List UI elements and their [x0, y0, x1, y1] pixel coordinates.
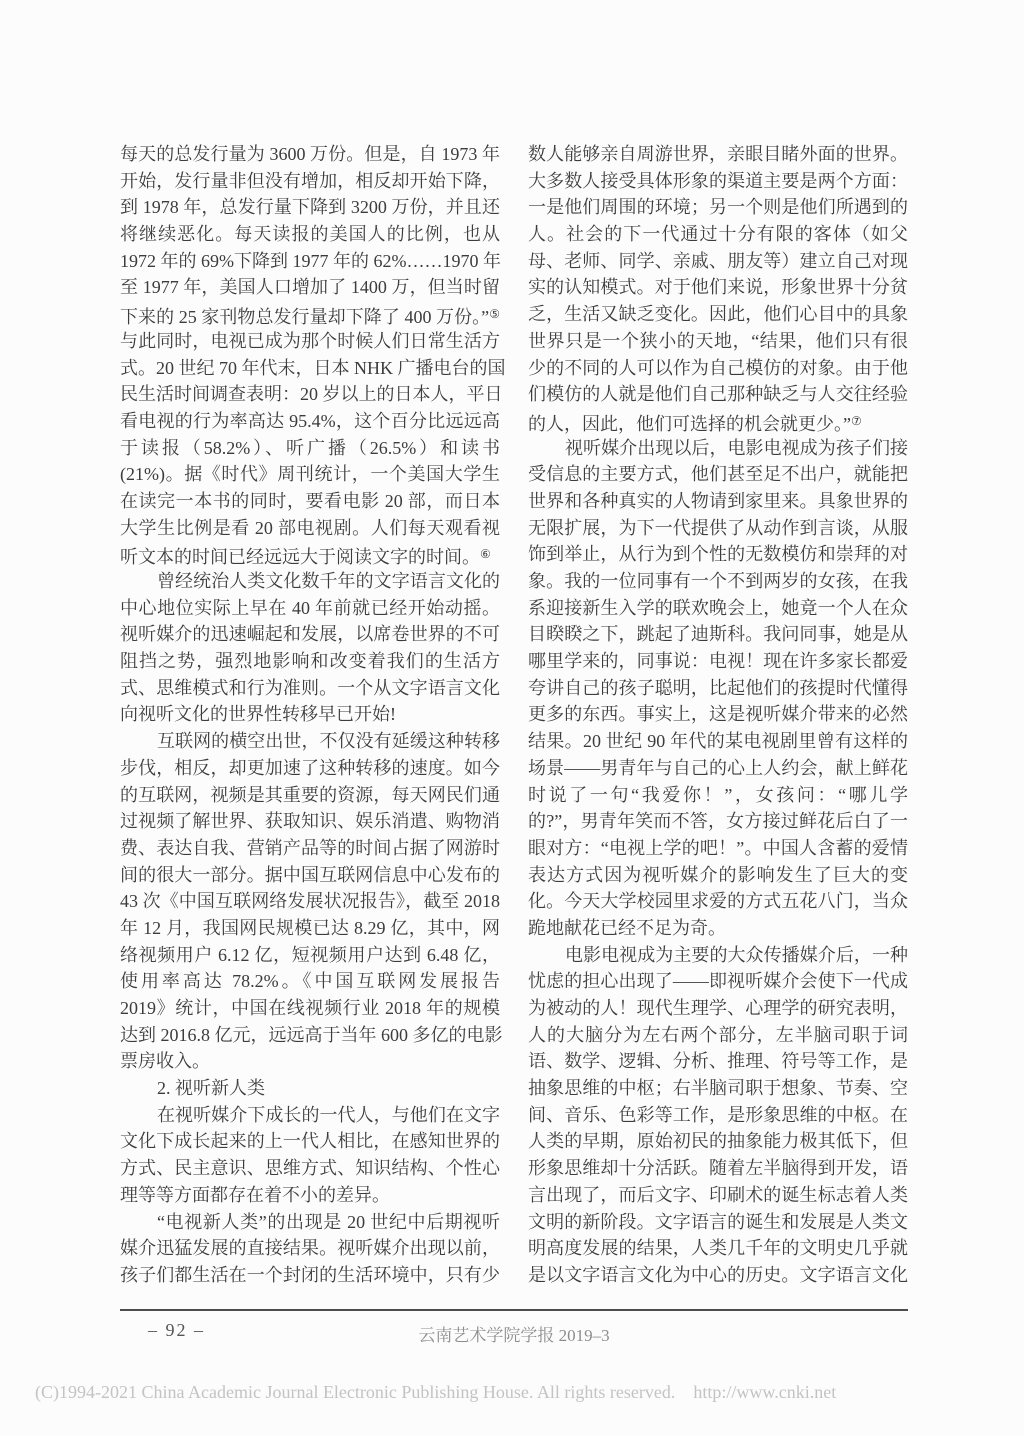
- text-line: “电视新人类”的出现是 20 世纪中后期视听: [120, 1209, 500, 1236]
- text-line: 饰到举止，从行为到个性的无数模仿和崇拜的对: [528, 541, 908, 568]
- text-line: 在视听媒介下成长的一代人，与他们在文字: [120, 1102, 500, 1129]
- text-line: 2019》统计，中国在线视频行业 2018 年的规模: [120, 995, 500, 1022]
- text-line: 世界和各种真实的人物请到家里来。具象世界的: [528, 488, 908, 515]
- text-line: 2. 视听新人类: [120, 1075, 500, 1102]
- text-line: (21%)。据《时代》周刊统计，一个美国大学生: [120, 461, 500, 488]
- text-line: 化。今天大学校园里求爱的方式五花八门，当众: [528, 888, 908, 915]
- text-line: 受信息的主要方式，他们甚至足不出户，就能把: [528, 461, 908, 488]
- text-line: 结果。20 世纪 90 年代的某电视剧里曾有这样的: [528, 728, 908, 755]
- text-line: 大多数人接受具体形象的渠道主要是两个方面：: [528, 168, 908, 195]
- text-line: 理等等方面都存在着不小的差异。: [120, 1182, 500, 1209]
- text-line: 孩子们都生活在一个封闭的生活环境中，只有少: [120, 1262, 500, 1289]
- text-line: 式。20 世纪 70 年代末，日本 NHK 广播电台的国: [120, 355, 500, 382]
- text-line: 过视频了解世界、获取知识、娱乐消遣、购物消: [120, 808, 500, 835]
- text-line: 无限扩展，为下一代提供了从动作到言谈，从服: [528, 515, 908, 542]
- text-line: 的?”，男青年笑而不答，女方接过鲜花后白了一: [528, 808, 908, 835]
- text-line: 更多的东西。事实上，这是视听媒介带来的必然: [528, 701, 908, 728]
- text-line: 场景——男青年与自己的心上人约会，献上鲜花: [528, 755, 908, 782]
- text-line: 43 次《中国互联网络发展状况报告》，截至 2018: [120, 888, 500, 915]
- text-line: 明高度发展的结果，人类几千年的文明史几乎就: [528, 1235, 908, 1262]
- footnote-marker: ⑦: [851, 414, 862, 428]
- text-line: 文化下成长起来的上一代人相比，在感知世界的: [120, 1128, 500, 1155]
- text-line: 母、老师、同学、亲戚、朋友等）建立自己对现: [528, 248, 908, 275]
- text-line: 实的认知模式。对于他们来说，形象世界十分贫: [528, 274, 908, 301]
- text-line: 哪里学来的，同事说：电视！现在许多家长都爱: [528, 648, 908, 675]
- text-line: 目睽睽之下，跳起了迪斯科。我问同事，她是从: [528, 621, 908, 648]
- text-line: 的人，因此，他们可选择的机会就更少。”⑦: [528, 408, 908, 435]
- text-line: 民生活时间调查表明：20 岁以上的日本人，平日: [120, 381, 500, 408]
- article-body: 每天的总发行量为 3600 万份。但是，自 1973 年开始，发行量非但没有增加…: [120, 141, 908, 1289]
- text-line: 一是他们周围的环境；另一个则是他们所遇到的: [528, 194, 908, 221]
- text-line: 于读报（58.2%）、听广播（26.5%）和读书: [120, 435, 500, 462]
- text-line: 数人能够亲自周游世界，亲眼目睹外面的世界。: [528, 141, 908, 168]
- copyright-notice: (C)1994-2021 China Academic Journal Elec…: [35, 1382, 836, 1403]
- text-line: 乏，生活又缺乏变化。因此，他们心目中的具象: [528, 301, 908, 328]
- text-line: 人的大脑分为左右两个部分，左半脑司职于词: [528, 1022, 908, 1049]
- text-line: 听文本的时间已经远远大于阅读文字的时间。⑥: [120, 541, 500, 568]
- text-line: 达到 2016.8 亿元，远远高于当年 600 多亿的电影: [120, 1022, 500, 1049]
- text-line: 言出现了，而后文字、印刷术的诞生标志着人类: [528, 1182, 908, 1209]
- text-line: 表达方式因为视听媒介的影响发生了巨大的变: [528, 862, 908, 889]
- right-column: 数人能够亲自周游世界，亲眼目睹外面的世界。大多数人接受具体形象的渠道主要是两个方…: [528, 141, 908, 1289]
- text-line: 跪地献花已经不足为奇。: [528, 915, 908, 942]
- text-line: 人。社会的下一代通过十分有限的客体（如父: [528, 221, 908, 248]
- text-line: 下来的 25 家刊物总发行量却下降了 400 万份。”⑤: [120, 301, 500, 328]
- text-line: 人类的早期，原始初民的抽象能力极其低下，但: [528, 1128, 908, 1155]
- text-line: 电影电视成为主要的大众传播媒介后，一种: [528, 942, 908, 969]
- text-line: 将继续恶化。每天读报的美国人的比例，也从: [120, 221, 500, 248]
- text-line: 步伐，相反，却更加速了这种转移的速度。如今: [120, 755, 500, 782]
- text-line: 曾经统治人类文化数千年的文字语言文化的: [120, 568, 500, 595]
- text-line: 文明的新阶段。文字语言的诞生和发展是人类文: [528, 1209, 908, 1236]
- footnote-marker: ⑥: [480, 547, 491, 561]
- page-footer: – 92 – 云南艺术学院学报 2019–3: [120, 1320, 908, 1344]
- left-column: 每天的总发行量为 3600 万份。但是，自 1973 年开始，发行量非但没有增加…: [120, 141, 500, 1289]
- text-line: 是以文字语言文化为中心的历史。文字语言文化: [528, 1262, 908, 1289]
- footer-divider: [120, 1309, 908, 1311]
- text-line: 看电视的行为率高达 95.4%，这个百分比远远高: [120, 408, 500, 435]
- text-line: 媒介迅猛发展的直接结果。视听媒介出现以前，: [120, 1235, 500, 1262]
- text-line: 象。我的一位同事有一个不到两岁的女孩，在我: [528, 568, 908, 595]
- text-line: 大学生比例是看 20 部电视剧。人们每天观看视: [120, 515, 500, 542]
- text-line: 的互联网，视频是其重要的资源，每天网民们通: [120, 782, 500, 809]
- text-line: 与此同时，电视已成为那个时候人们日常生活方: [120, 328, 500, 355]
- text-line: 抽象思维的中枢；右半脑司职于想象、节奏、空: [528, 1075, 908, 1102]
- text-line: 方式、民主意识、思维方式、知识结构、个性心: [120, 1155, 500, 1182]
- text-line: 形象思维却十分活跃。随着左半脑得到开发，语: [528, 1155, 908, 1182]
- text-line: 阻挡之势，强烈地影响和改变着我们的生活方: [120, 648, 500, 675]
- text-line: 语、数学、逻辑、分析、推理、符号等工作，是: [528, 1048, 908, 1075]
- text-line: 时说了一句“我爱你！”，女孩问：“哪儿学: [528, 782, 908, 809]
- text-line: 们模仿的人就是他们自己那种缺乏与人交往经验: [528, 381, 908, 408]
- text-line: 使用率高达 78.2%。《中国互联网发展报告: [120, 968, 500, 995]
- text-line: 票房收入。: [120, 1048, 500, 1075]
- text-line: 1972 年的 69%下降到 1977 年的 62%……1970 年: [120, 248, 500, 275]
- journal-page-scan: 每天的总发行量为 3600 万份。但是，自 1973 年开始，发行量非但没有增加…: [0, 0, 1024, 1436]
- text-line: 视听媒介出现以后，电影电视成为孩子们接: [528, 435, 908, 462]
- footnote-marker: ⑤: [489, 307, 500, 321]
- text-line: 每天的总发行量为 3600 万份。但是，自 1973 年: [120, 141, 500, 168]
- journal-title: 云南艺术学院学报 2019–3: [120, 1321, 908, 1346]
- text-line: 费、表达自我、营销产品等的时间占据了网游时: [120, 835, 500, 862]
- text-line: 到 1978 年，总发行量下降到 3200 万份，并且还: [120, 194, 500, 221]
- text-line: 为被动的人！现代生理学、心理学的研究表明，: [528, 995, 908, 1022]
- text-line: 少的不同的人可以作为自己模仿的对象。由于他: [528, 355, 908, 382]
- text-line: 视听媒介的迅速崛起和发展，以席卷世界的不可: [120, 621, 500, 648]
- text-line: 间的很大一部分。据中国互联网信息中心发布的: [120, 862, 500, 889]
- text-line: 式、思维模式和行为准则。一个从文字语言文化: [120, 675, 500, 702]
- text-line: 中心地位实际上早在 40 年前就已经开始动摇。: [120, 595, 500, 622]
- text-line: 在读完一本书的同时，要看电影 20 部，而日本: [120, 488, 500, 515]
- text-line: 互联网的横空出世，不仅没有延缓这种转移: [120, 728, 500, 755]
- text-line: 向视听文化的世界性转移早已开始!: [120, 701, 500, 728]
- text-line: 系迎接新生入学的联欢晚会上，她竟一个人在众: [528, 595, 908, 622]
- text-line: 间、音乐、色彩等工作，是形象思维的中枢。在: [528, 1102, 908, 1129]
- text-line: 至 1977 年，美国人口增加了 1400 万，但当时留: [120, 274, 500, 301]
- text-line: 开始，发行量非但没有增加，相反却开始下降，: [120, 168, 500, 195]
- text-line: 忧虑的担心出现了——即视听媒介会使下一代成: [528, 968, 908, 995]
- text-line: 夸讲自己的孩子聪明，比起他们的孩提时代懂得: [528, 675, 908, 702]
- text-line: 络视频用户 6.12 亿，短视频用户达到 6.48 亿，: [120, 942, 500, 969]
- text-line: 年 12 月，我国网民规模已达 8.29 亿，其中，网: [120, 915, 500, 942]
- text-line: 眼对方：“电视上学的吧！”。中国人含蓄的爱情: [528, 835, 908, 862]
- text-line: 世界只是一个狭小的天地，“结果，他们只有很: [528, 328, 908, 355]
